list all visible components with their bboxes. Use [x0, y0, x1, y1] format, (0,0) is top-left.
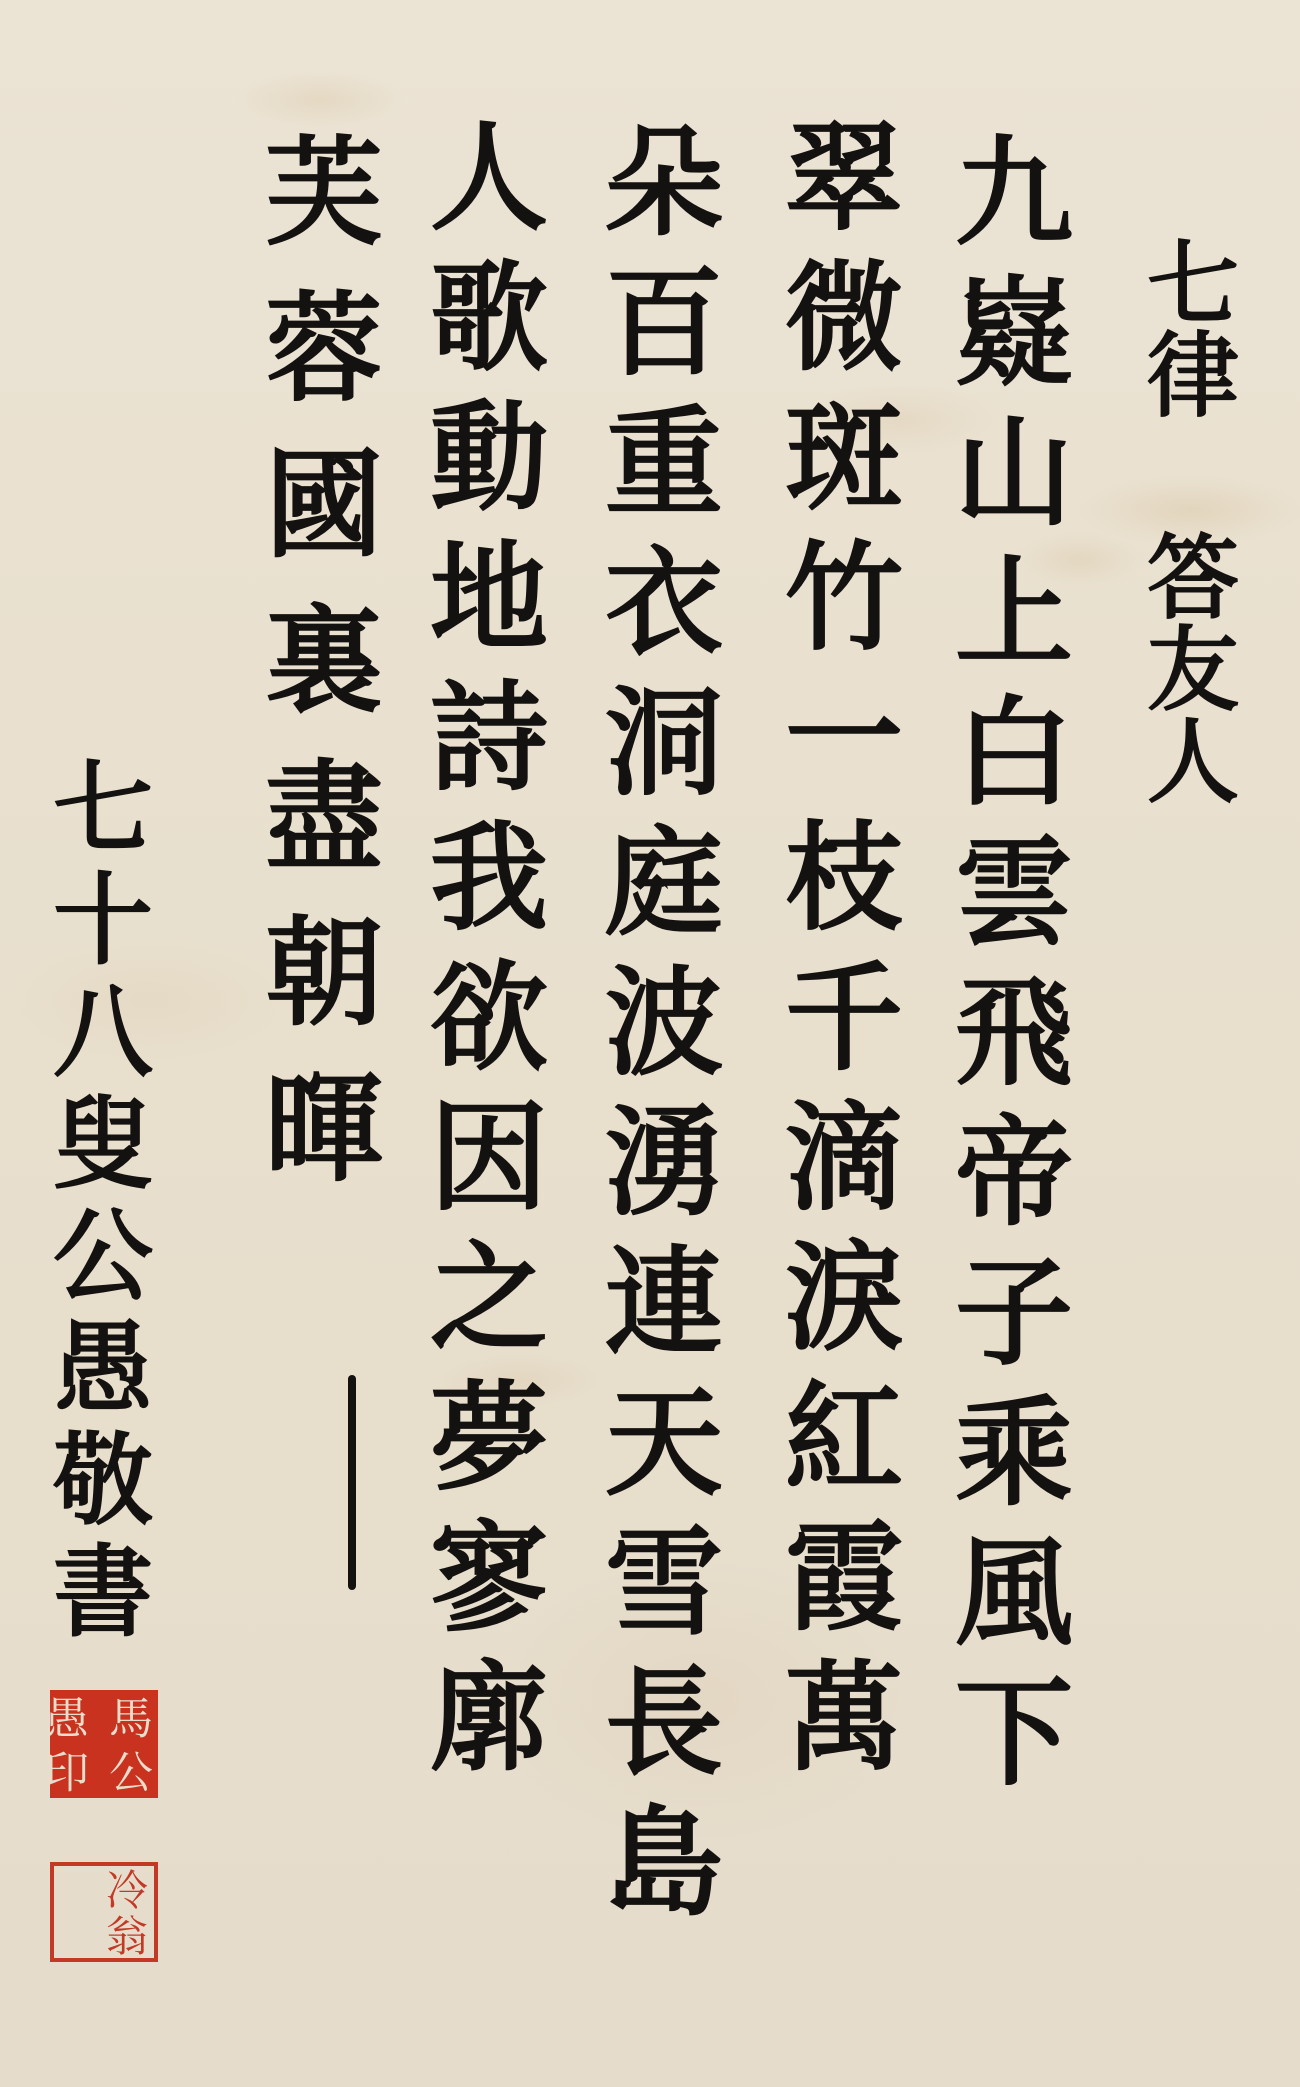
seal-char: 馬 [94, 1690, 158, 1744]
poem-column-1: 九嶷山上白雲飛帝子乘風下 [945, 130, 1063, 1810]
poem-column-4: 人歌動地詩我欲因之夢寥廓 [420, 115, 538, 1795]
poem-column-5: 芙蓉國裏盡朝暉 [255, 130, 373, 1222]
calligraphy-sheet: 七律答友人 九嶷山上白雲飛帝子乘風下 翠微斑竹一枝千滴淚紅霞萬 朵百重衣洞庭波湧… [0, 0, 1300, 2087]
poem-column-3: 朵百重衣洞庭波湧連天雪長島 [595, 120, 713, 1940]
signature: 七十八叟公愚敬書 [45, 755, 145, 1651]
seal-relief: 冷 翁 [50, 1862, 158, 1962]
trailing-brush-stroke [348, 1375, 356, 1590]
seal-char: 公 [94, 1744, 158, 1798]
seal-char: 愚 [30, 1690, 94, 1744]
seal-char: 印 [30, 1744, 94, 1798]
poem-column-2: 翠微斑竹一枝千滴淚紅霞萬 [775, 115, 893, 1795]
signature-name: 公愚 [36, 1203, 154, 1427]
title-form: 七律 [1132, 235, 1240, 419]
signature-age: 七十八叟 [36, 755, 154, 1203]
poem-title: 七律答友人 [1140, 235, 1232, 805]
seal-char: 冷 [94, 1866, 154, 1912]
seal-name-intaglio: 馬 公 愚 印 [50, 1690, 158, 1798]
seal-char: 翁 [94, 1912, 154, 1958]
title-subject: 答友人 [1132, 529, 1240, 805]
signature-closing: 敬書 [36, 1427, 154, 1651]
